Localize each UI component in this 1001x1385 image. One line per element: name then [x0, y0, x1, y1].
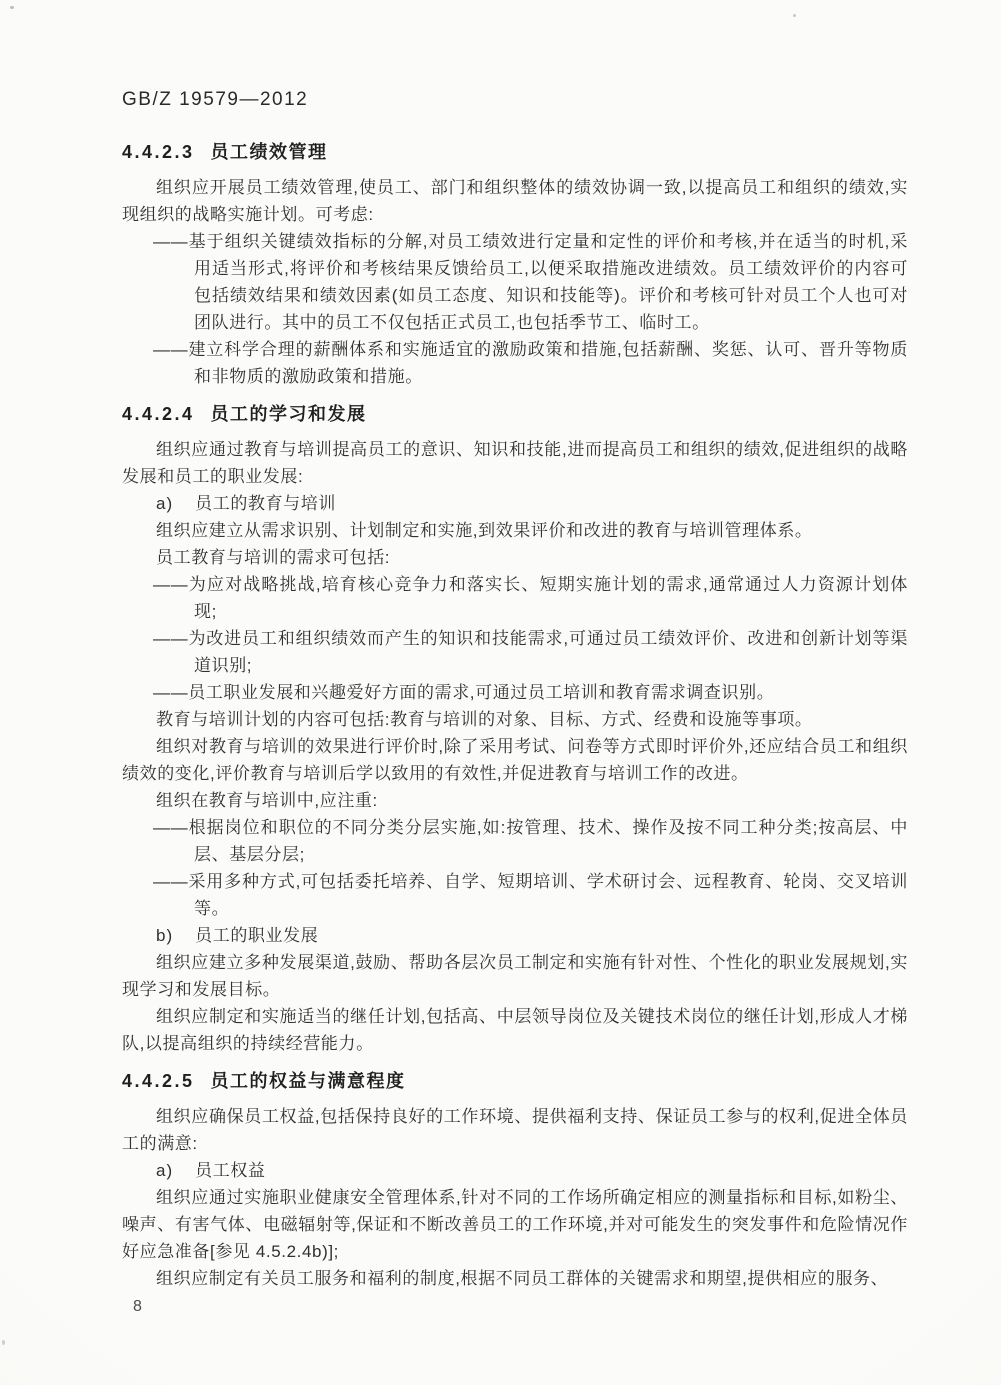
- section-title: 员工的学习和发展: [211, 404, 367, 424]
- section-number: 4.4.2.5: [122, 1071, 195, 1091]
- list-item-label: a): [156, 1161, 173, 1180]
- list-item-label: b): [156, 926, 173, 945]
- dash-list-item: ——基于组织关键绩效指标的分解,对员工绩效进行定量和定性的评价和考核,并在适当的…: [122, 228, 908, 336]
- paragraph: 组织应通过实施职业健康安全管理体系,针对不同的工作场所确定相应的测量指标和目标,…: [122, 1184, 908, 1265]
- standard-number-header: GB/Z 19579—2012: [122, 88, 908, 112]
- paragraph: 组织应开展员工绩效管理,使员工、部门和组织整体的绩效协调一致,以提高员工和组织的…: [122, 174, 908, 228]
- list-item-text: 员工权益: [195, 1161, 265, 1180]
- dash-list-item: ——为改进员工和组织绩效而产生的知识和技能需求,可通过员工绩效评价、改进和创新计…: [122, 625, 908, 679]
- paragraph: 员工教育与培训的需求可包括:: [122, 544, 908, 571]
- lettered-list-item: a)员工权益: [122, 1157, 908, 1184]
- section-heading: 4.4.2.4员工的学习和发展: [122, 402, 908, 426]
- dash-list-item: ——根据岗位和职位的不同分类分层实施,如:按管理、技术、操作及按不同工种分类;按…: [122, 814, 908, 868]
- section-heading: 4.4.2.3员工绩效管理: [122, 140, 908, 164]
- paragraph: 组织应建立从需求识别、计划制定和实施,到效果评价和改进的教育与培训管理体系。: [122, 517, 908, 544]
- list-item-text: 员工的职业发展: [195, 926, 318, 945]
- scanned-page: GB/Z 19579—2012 4.4.2.3员工绩效管理组织应开展员工绩效管理…: [0, 0, 1001, 1385]
- section-number: 4.4.2.3: [122, 142, 195, 162]
- section-blocks: 组织应开展员工绩效管理,使员工、部门和组织整体的绩效协调一致,以提高员工和组织的…: [122, 174, 908, 390]
- dash-list-item: ——采用多种方式,可包括委托培养、自学、短期培训、学术研讨会、远程教育、轮岗、交…: [122, 868, 908, 922]
- scan-speck: [10, 6, 14, 9]
- dash-list-item: ——员工职业发展和兴趣爱好方面的需求,可通过员工培训和教育需求调查识别。: [122, 679, 908, 706]
- dash-list-item: ——为应对战略挑战,培育核心竞争力和落实长、短期实施计划的需求,通常通过人力资源…: [122, 571, 908, 625]
- paragraph: 组织应建立多种发展渠道,鼓励、帮助各层次员工制定和实施有针对性、个性化的职业发展…: [122, 949, 908, 1003]
- section-blocks: 组织应通过教育与培训提高员工的意识、知识和技能,进而提高员工和组织的绩效,促进组…: [122, 436, 908, 1057]
- paragraph: 组织应确保员工权益,包括保持良好的工作环境、提供福利支持、保证员工参与的权利,促…: [122, 1103, 908, 1157]
- scan-speck: [793, 14, 796, 17]
- list-item-text: 员工的教育与培训: [195, 494, 336, 513]
- section-heading: 4.4.2.5员工的权益与满意程度: [122, 1069, 908, 1093]
- document-content: GB/Z 19579—2012 4.4.2.3员工绩效管理组织应开展员工绩效管理…: [122, 88, 908, 1292]
- section-title: 员工的权益与满意程度: [211, 1071, 406, 1091]
- document-body: 4.4.2.3员工绩效管理组织应开展员工绩效管理,使员工、部门和组织整体的绩效协…: [122, 140, 908, 1292]
- section-number: 4.4.2.4: [122, 404, 195, 424]
- section-title: 员工绩效管理: [211, 142, 328, 162]
- paragraph: 组织在教育与培训中,应注重:: [122, 787, 908, 814]
- paragraph: 组织应通过教育与培训提高员工的意识、知识和技能,进而提高员工和组织的绩效,促进组…: [122, 436, 908, 490]
- scan-speck: [2, 1340, 5, 1345]
- paragraph: 教育与培训计划的内容可包括:教育与培训的对象、目标、方式、经费和设施等事项。: [122, 706, 908, 733]
- list-item-label: a): [156, 494, 173, 513]
- lettered-list-item: b)员工的职业发展: [122, 922, 908, 949]
- dash-list-item: ——建立科学合理的薪酬体系和实施适宜的激励政策和措施,包括薪酬、奖惩、认可、晋升…: [122, 336, 908, 390]
- page-number: 8: [133, 1298, 143, 1316]
- paragraph: 组织对教育与培训的效果进行评价时,除了采用考试、问卷等方式即时评价外,还应结合员…: [122, 733, 908, 787]
- section-blocks: 组织应确保员工权益,包括保持良好的工作环境、提供福利支持、保证员工参与的权利,促…: [122, 1103, 908, 1292]
- paragraph: 组织应制定有关员工服务和福利的制度,根据不同员工群体的关键需求和期望,提供相应的…: [122, 1265, 908, 1292]
- lettered-list-item: a)员工的教育与培训: [122, 490, 908, 517]
- paragraph: 组织应制定和实施适当的继任计划,包括高、中层领导岗位及关键技术岗位的继任计划,形…: [122, 1003, 908, 1057]
